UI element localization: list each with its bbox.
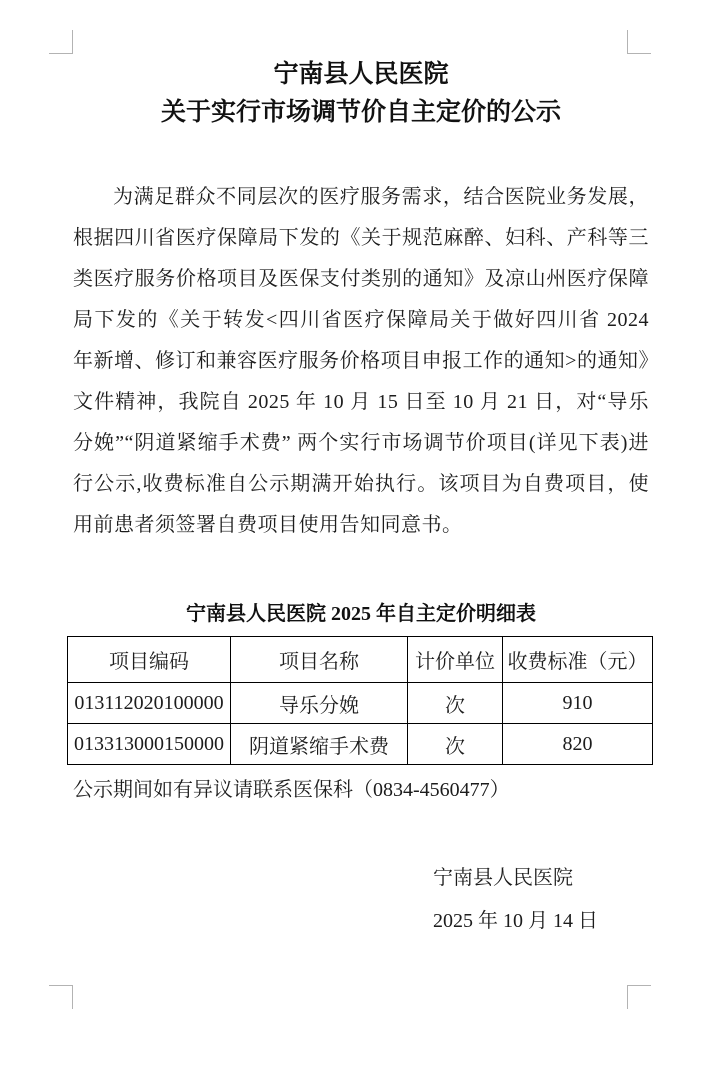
signature-block: 宁南县人民医院 2025 年 10 月 14 日 — [433, 857, 649, 943]
notice-body-paragraph: 为满足群众不同层次的医疗服务需求，结合医院业务发展，根据四川省医疗保障局下发的《… — [73, 177, 649, 546]
document-title: 宁南县人民医院 关于实行市场调节价自主定价的公示 — [73, 55, 649, 131]
column-header-item-name: 项目名称 — [231, 637, 408, 683]
table-row: 013112020100000 导乐分娩 次 910 — [68, 683, 653, 724]
signature-date: 2025 年 10 月 14 日 — [433, 900, 649, 943]
signature-organization: 宁南县人民医院 — [433, 857, 649, 900]
table-header-row: 项目编码 项目名称 计价单位 收费标准（元） — [68, 637, 653, 683]
column-header-item-code: 项目编码 — [68, 637, 231, 683]
cell-unit: 次 — [408, 683, 503, 724]
document-content: 宁南县人民医院 关于实行市场调节价自主定价的公示 为满足群众不同层次的医疗服务需… — [73, 0, 649, 943]
cell-unit: 次 — [408, 724, 503, 765]
column-header-unit: 计价单位 — [408, 637, 503, 683]
cell-item-name: 阴道紧缩手术费 — [231, 724, 408, 765]
column-header-price: 收费标准（元） — [503, 637, 653, 683]
contact-note: 公示期间如有异议请联系医保科（0834-4560477） — [73, 775, 649, 805]
cell-price: 820 — [503, 724, 653, 765]
cell-price: 910 — [503, 683, 653, 724]
text-boundary-mark-bottom-left — [49, 985, 73, 1009]
cell-item-code: 013112020100000 — [68, 683, 231, 724]
text-boundary-mark-top-left — [49, 30, 73, 54]
pricing-table: 项目编码 项目名称 计价单位 收费标准（元） 013112020100000 导… — [67, 636, 653, 765]
document-title-line1: 宁南县人民医院 — [73, 55, 649, 93]
pricing-table-title: 宁南县人民医院 2025 年自主定价明细表 — [73, 600, 649, 628]
text-boundary-mark-bottom-right — [627, 985, 651, 1009]
notice-document-page: 宁南县人民医院 关于实行市场调节价自主定价的公示 为满足群众不同层次的医疗服务需… — [0, 0, 719, 1066]
table-row: 013313000150000 阴道紧缩手术费 次 820 — [68, 724, 653, 765]
document-title-line2: 关于实行市场调节价自主定价的公示 — [73, 93, 649, 131]
cell-item-code: 013313000150000 — [68, 724, 231, 765]
cell-item-name: 导乐分娩 — [231, 683, 408, 724]
